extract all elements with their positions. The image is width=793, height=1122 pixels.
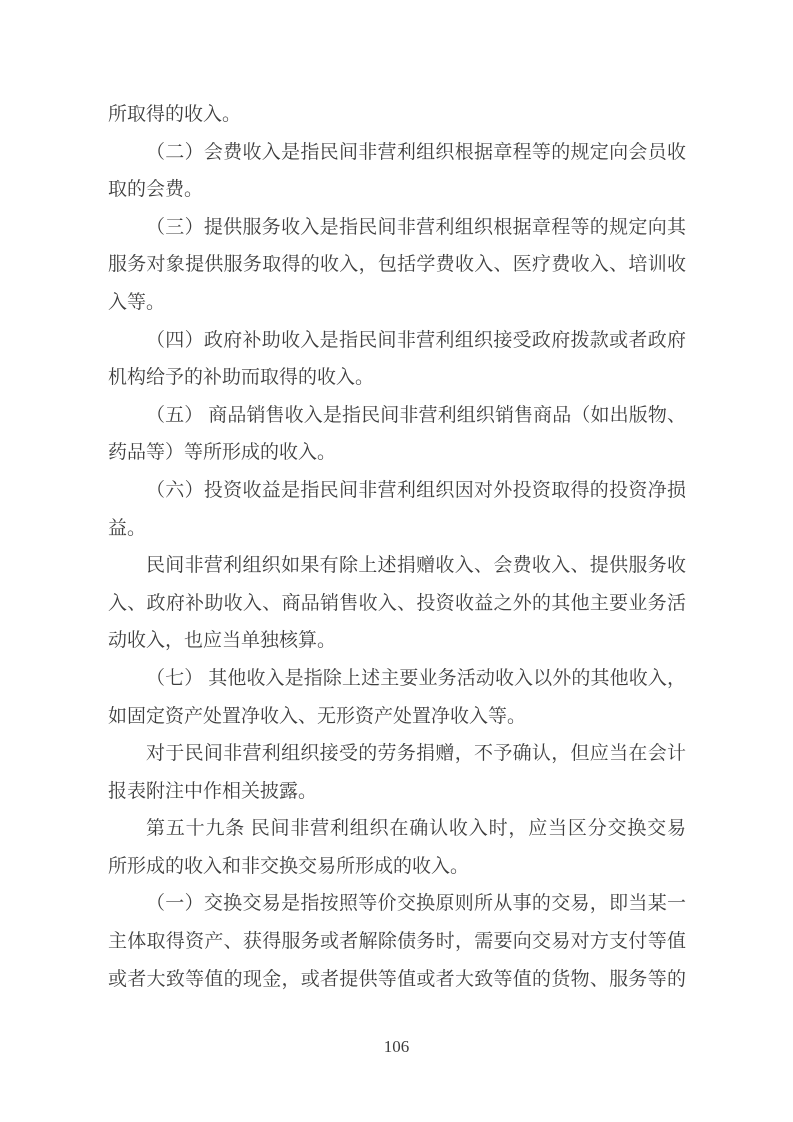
text-line: （二）会费收入是指民间非营利组织根据章程等的规定向会员收 xyxy=(108,134,686,172)
document-page: 所取得的收入。 （二）会费收入是指民间非营利组织根据章程等的规定向会员收 取的会… xyxy=(0,0,793,1122)
text-line: 主体取得资产、获得服务或者解除债务时，需要向交易对方支付等值 xyxy=(108,923,686,961)
text-line: （三）提供服务收入是指民间非营利组织根据章程等的规定向其 xyxy=(108,209,686,247)
text-line: 第五十九条 民间非营利组织在确认收入时，应当区分交换交易 xyxy=(108,810,686,848)
text-line: 如固定资产处置净收入、无形资产处置净收入等。 xyxy=(108,698,686,736)
text-line: 入等。 xyxy=(108,284,686,322)
text-line: 民间非营利组织如果有除上述捐赠收入、会费收入、提供服务收 xyxy=(108,547,686,585)
text-line: 所取得的收入。 xyxy=(108,96,686,134)
text-line: （六）投资收益是指民间非营利组织因对外投资取得的投资净损 xyxy=(108,472,686,510)
text-line: 服务对象提供服务取得的收入，包括学费收入、医疗费收入、培训收 xyxy=(108,246,686,284)
body-text: 所取得的收入。 （二）会费收入是指民间非营利组织根据章程等的规定向会员收 取的会… xyxy=(108,96,686,998)
text-line: 药品等）等所形成的收入。 xyxy=(108,434,686,472)
text-line: （四）政府补助收入是指民间非营利组织接受政府拨款或者政府 xyxy=(108,322,686,360)
text-line: （五） 商品销售收入是指民间非营利组织销售商品（如出版物、 xyxy=(108,397,686,435)
text-line: 动收入，也应当单独核算。 xyxy=(108,622,686,660)
page-number: 106 xyxy=(0,1036,793,1058)
text-line: 益。 xyxy=(108,510,686,548)
text-line: 机构给予的补助而取得的收入。 xyxy=(108,359,686,397)
text-line: 所形成的收入和非交换交易所形成的收入。 xyxy=(108,848,686,886)
text-line: （一）交换交易是指按照等价交换原则所从事的交易，即当某一 xyxy=(108,885,686,923)
text-line: 报表附注中作相关披露。 xyxy=(108,773,686,811)
text-line: 取的会费。 xyxy=(108,171,686,209)
text-line: 入、政府补助收入、商品销售收入、投资收益之外的其他主要业务活 xyxy=(108,585,686,623)
text-line: 或者大致等值的现金，或者提供等值或者大致等值的货物、服务等的 xyxy=(108,961,686,999)
text-line: （七） 其他收入是指除上述主要业务活动收入以外的其他收入， xyxy=(108,660,686,698)
text-line: 对于民间非营利组织接受的劳务捐赠，不予确认，但应当在会计 xyxy=(108,735,686,773)
